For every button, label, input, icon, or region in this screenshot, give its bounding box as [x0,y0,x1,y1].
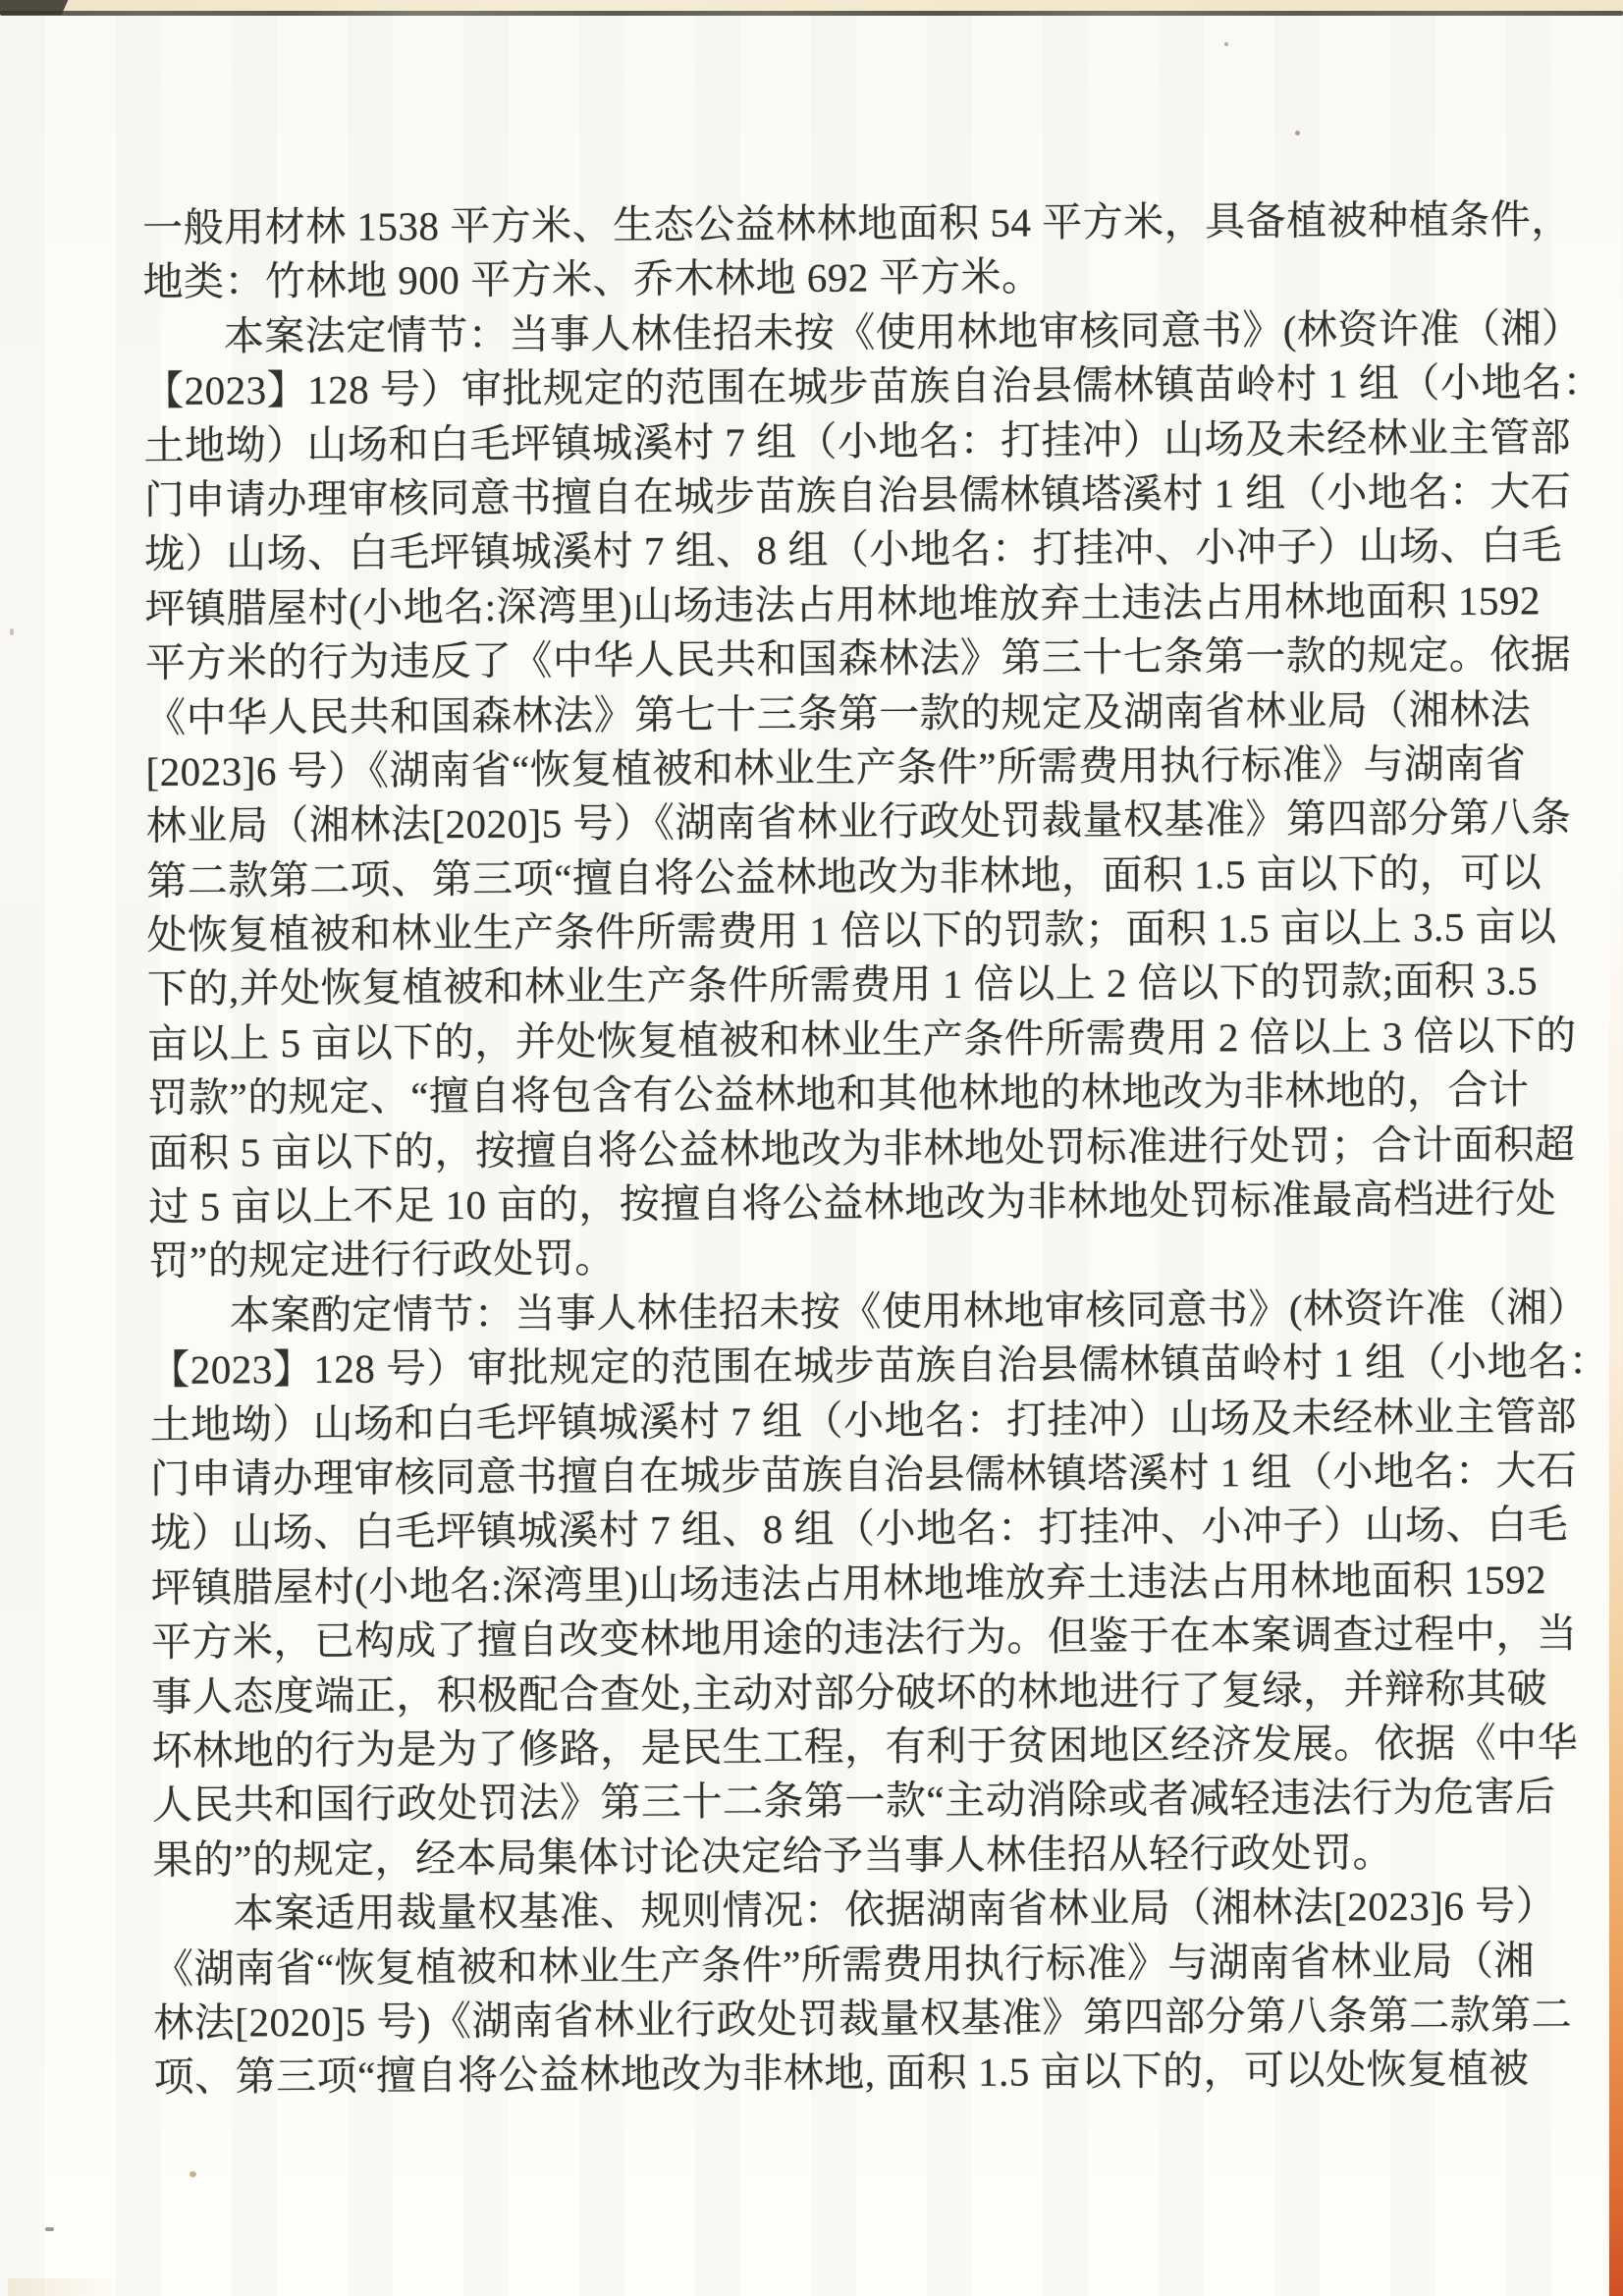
text-line: 处恢复植被和林业生产条件所需费用 1 倍以下的罚款；面积 1.5 亩以上 3.5… [146,901,1505,963]
text-line: 面积 5 亩以下的，按擅自将公益林地改为非林地处罚标准进行处罚；合计面积超 [148,1118,1507,1180]
text-line: 本案法定情节：当事人林佳招未按《使用林地审核同意书》(林资许准（湘） [143,301,1502,364]
text-line: 垅）山场、白毛坪镇城溪村 7 组、8 组（小地名：打挂冲、小冲子）山场、白毛 [150,1499,1509,1561]
text-line: 本案适用裁量权基准、规则情况：依据湖南省林业局（湘林法[2023]6 号） [152,1880,1511,1942]
text-line: 过 5 亩以上不足 10 亩的，按擅自将公益林地改为非林地处罚标准最高档进行处 [148,1173,1507,1235]
text-line: 第二款第二项、第三项“擅自将公益林地改为非林地，面积 1.5 亩以下的，可以 [146,846,1505,908]
text-line: 林业局（湘林法[2020]5 号）《湖南省林业行政处罚裁量权基准》第四部分第八条 [146,792,1505,854]
text-line: 事人态度端正，积极配合查处,主动对部分破坏的林地进行了复绿，并辩称其破 [151,1662,1510,1724]
scan-top-left-smudge [0,0,68,15]
text-line: [2023]6 号）《湖南省“恢复植被和林业生产条件”所需费用执行标准》与湖南省 [145,737,1504,799]
page-paper: 一般用材林 1538 平方米、生态公益林林地面积 54 平方米，具备植被种植条件… [0,0,1623,2296]
document-text-block: 一般用材林 1538 平方米、生态公益林林地面积 54 平方米，具备植被种植条件… [142,193,1513,2105]
text-line: 门申请办理审核同意书擅自在城步苗族自治县儒林镇塔溪村 1 组（小地名：大石 [144,465,1503,527]
text-line: 下的,并处恢复植被和林业生产条件所需费用 1 倍以上 2 倍以下的罚款;面积 3… [147,955,1506,1017]
text-line: 土地坳）山场和白毛坪镇城溪村 7 组（小地名：打挂冲）山场及未经林业主管部 [149,1390,1508,1452]
text-line: 《中华人民共和国森林法》第七十三条第一款的规定及湖南省林业局（湘林法 [145,683,1504,745]
text-line: 项、第三项“擅自将公益林地改为非林地, 面积 1.5 亩以下的，可以处恢复植被 [154,2043,1513,2105]
scan-bottom-left-patch [8,2278,124,2296]
text-line: 门申请办理审核同意书擅自在城步苗族自治县儒林镇塔溪村 1 组（小地名：大石 [150,1445,1509,1507]
text-line: 坪镇腊屋村(小地名:深湾里)山场违法占用林地堆放弃土违法占用林地面积 1592 [150,1553,1509,1615]
scan-speck [10,629,14,635]
text-line: 地类：竹林地 900 平方米、乔木林地 692 平方米。 [142,247,1501,310]
text-line: 平方米的行为违反了《中华人民共和国森林法》第三十七条第一款的规定。依据 [145,629,1504,691]
text-line: 土地坳）山场和白毛坪镇城溪村 7 组（小地名：打挂冲）山场及未经林业主管部 [143,410,1502,473]
text-line: 本案酌定情节：当事人林佳招未按《使用林地审核同意书》(林资许准（湘） [149,1281,1508,1343]
text-line: 林法[2020]5 号)《湖南省林业行政处罚裁量权基准》第四部分第八条第二款第二 [153,1988,1512,2050]
scan-speck [45,2227,54,2231]
scan-speck [189,2171,196,2177]
text-line: 罚款”的规定、“擅自将包含有公益林地和其他林地的林地改为非林地的，合计 [147,1064,1506,1126]
text-line: 一般用材林 1538 平方米、生态公益林林地面积 54 平方米，具备植被种植条件… [142,193,1501,256]
text-line: 【2023】128 号）审批规定的范围在城步苗族自治县儒林镇苗岭村 1 组（小地… [149,1336,1508,1398]
scan-speck [1295,131,1300,136]
text-line: 坪镇腊屋村(小地名:深湾里)山场违法占用林地堆放弃土违法占用林地面积 1592 [144,574,1503,636]
text-line: 【2023】128 号）审批规定的范围在城步苗族自治县儒林镇苗岭村 1 组（小地… [143,356,1502,419]
scan-top-torn-edge [0,11,1623,16]
scan-right-edge-gradient [1609,864,1623,2296]
scan-speck [1224,42,1228,46]
text-line: 亩以上 5 亩以下的，并处恢复植被和林业生产条件所需费用 2 倍以上 3 倍以下… [147,1009,1506,1071]
text-line: 坏林地的行为是为了修路，是民生工程，有利于贫困地区经济发展。依据《中华 [151,1716,1510,1778]
scanned-document-page: { "page": { "ink_color": "#32312b", "pap… [0,0,1623,2296]
text-line: 果的”的规定，经本局集体讨论决定给予当事人林佳招从轻行政处罚。 [152,1825,1511,1887]
text-line: 平方米，已构成了擅自改变林地用途的违法行为。但鉴于在本案调查过程中，当 [151,1608,1510,1670]
text-line: 《湖南省“恢复植被和林业生产条件”所需费用执行标准》与湖南省林业局（湘 [153,1934,1512,1996]
text-line: 罚”的规定进行行政处罚。 [148,1227,1507,1289]
text-line: 人民共和国行政处罚法》第三十二条第一款“主动消除或者减轻违法行为危害后 [152,1771,1511,1833]
text-line: 垅）山场、白毛坪镇城溪村 7 组、8 组（小地名：打挂冲、小冲子）山场、白毛 [144,519,1503,582]
